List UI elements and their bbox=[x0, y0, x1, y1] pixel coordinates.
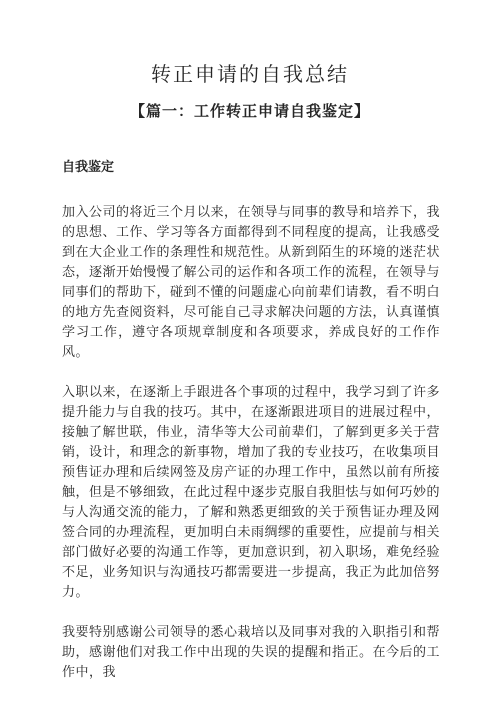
paragraph-3: 我要特别感谢公司领导的悉心栽培以及同事对我的入职指引和帮助，感谢他们对我工作中出… bbox=[62, 622, 440, 682]
document-title: 转正申请的自我总结 bbox=[0, 62, 500, 88]
document-page: 转正申请的自我总结 【篇一：工作转正申请自我鉴定】 自我鉴定 加入公司的将近三个… bbox=[0, 0, 500, 707]
paragraph-2: 入职以来，在逐渐上手跟进各个事项的过程中，我学习到了许多提升能力与自我的技巧。其… bbox=[62, 382, 440, 602]
document-body: 加入公司的将近三个月以来，在领导与同事的教导和培养下，我的思想、工作、学习等各方… bbox=[62, 202, 440, 682]
paragraph-1: 加入公司的将近三个月以来，在领导与同事的教导和培养下，我的思想、工作、学习等各方… bbox=[62, 202, 440, 362]
section-heading: 自我鉴定 bbox=[62, 158, 438, 176]
document-subtitle: 【篇一：工作转正申请自我鉴定】 bbox=[0, 102, 500, 122]
